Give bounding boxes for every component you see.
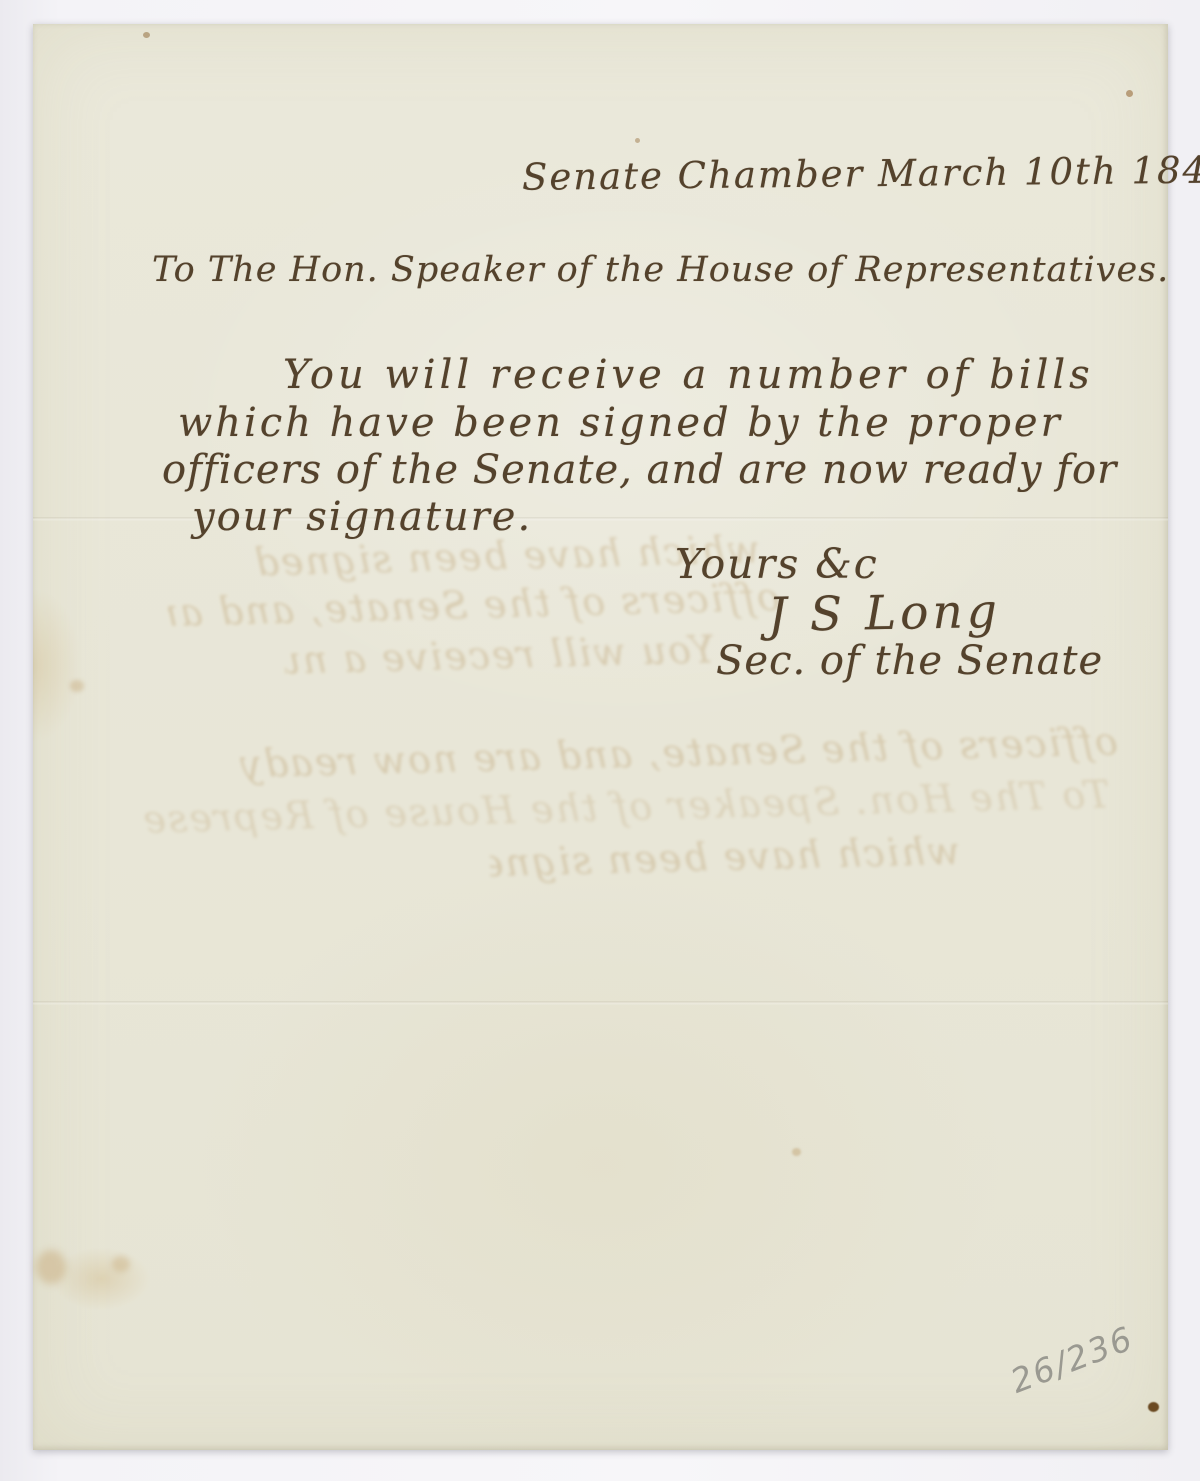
closing: Yours &c <box>675 540 879 588</box>
letter-page <box>33 24 1168 1450</box>
signer-title: Sec. of the Senate <box>716 638 1103 684</box>
dateline: Senate Chamber March 10th 1843. <box>522 148 1200 199</box>
body-line: You will receive a number of bills <box>283 352 1094 398</box>
body-line: officers of the Senate, and are now read… <box>162 447 1117 493</box>
signature: J S Long <box>768 584 1002 643</box>
fold-crease-lower <box>33 1001 1168 1005</box>
scan-background: which have been signed by the proper off… <box>0 0 1200 1481</box>
body-line: your signature. <box>192 494 532 540</box>
body-line: which have been signed by the proper <box>178 400 1063 446</box>
salutation: To The Hon. Speaker of the House of Repr… <box>152 250 1169 290</box>
